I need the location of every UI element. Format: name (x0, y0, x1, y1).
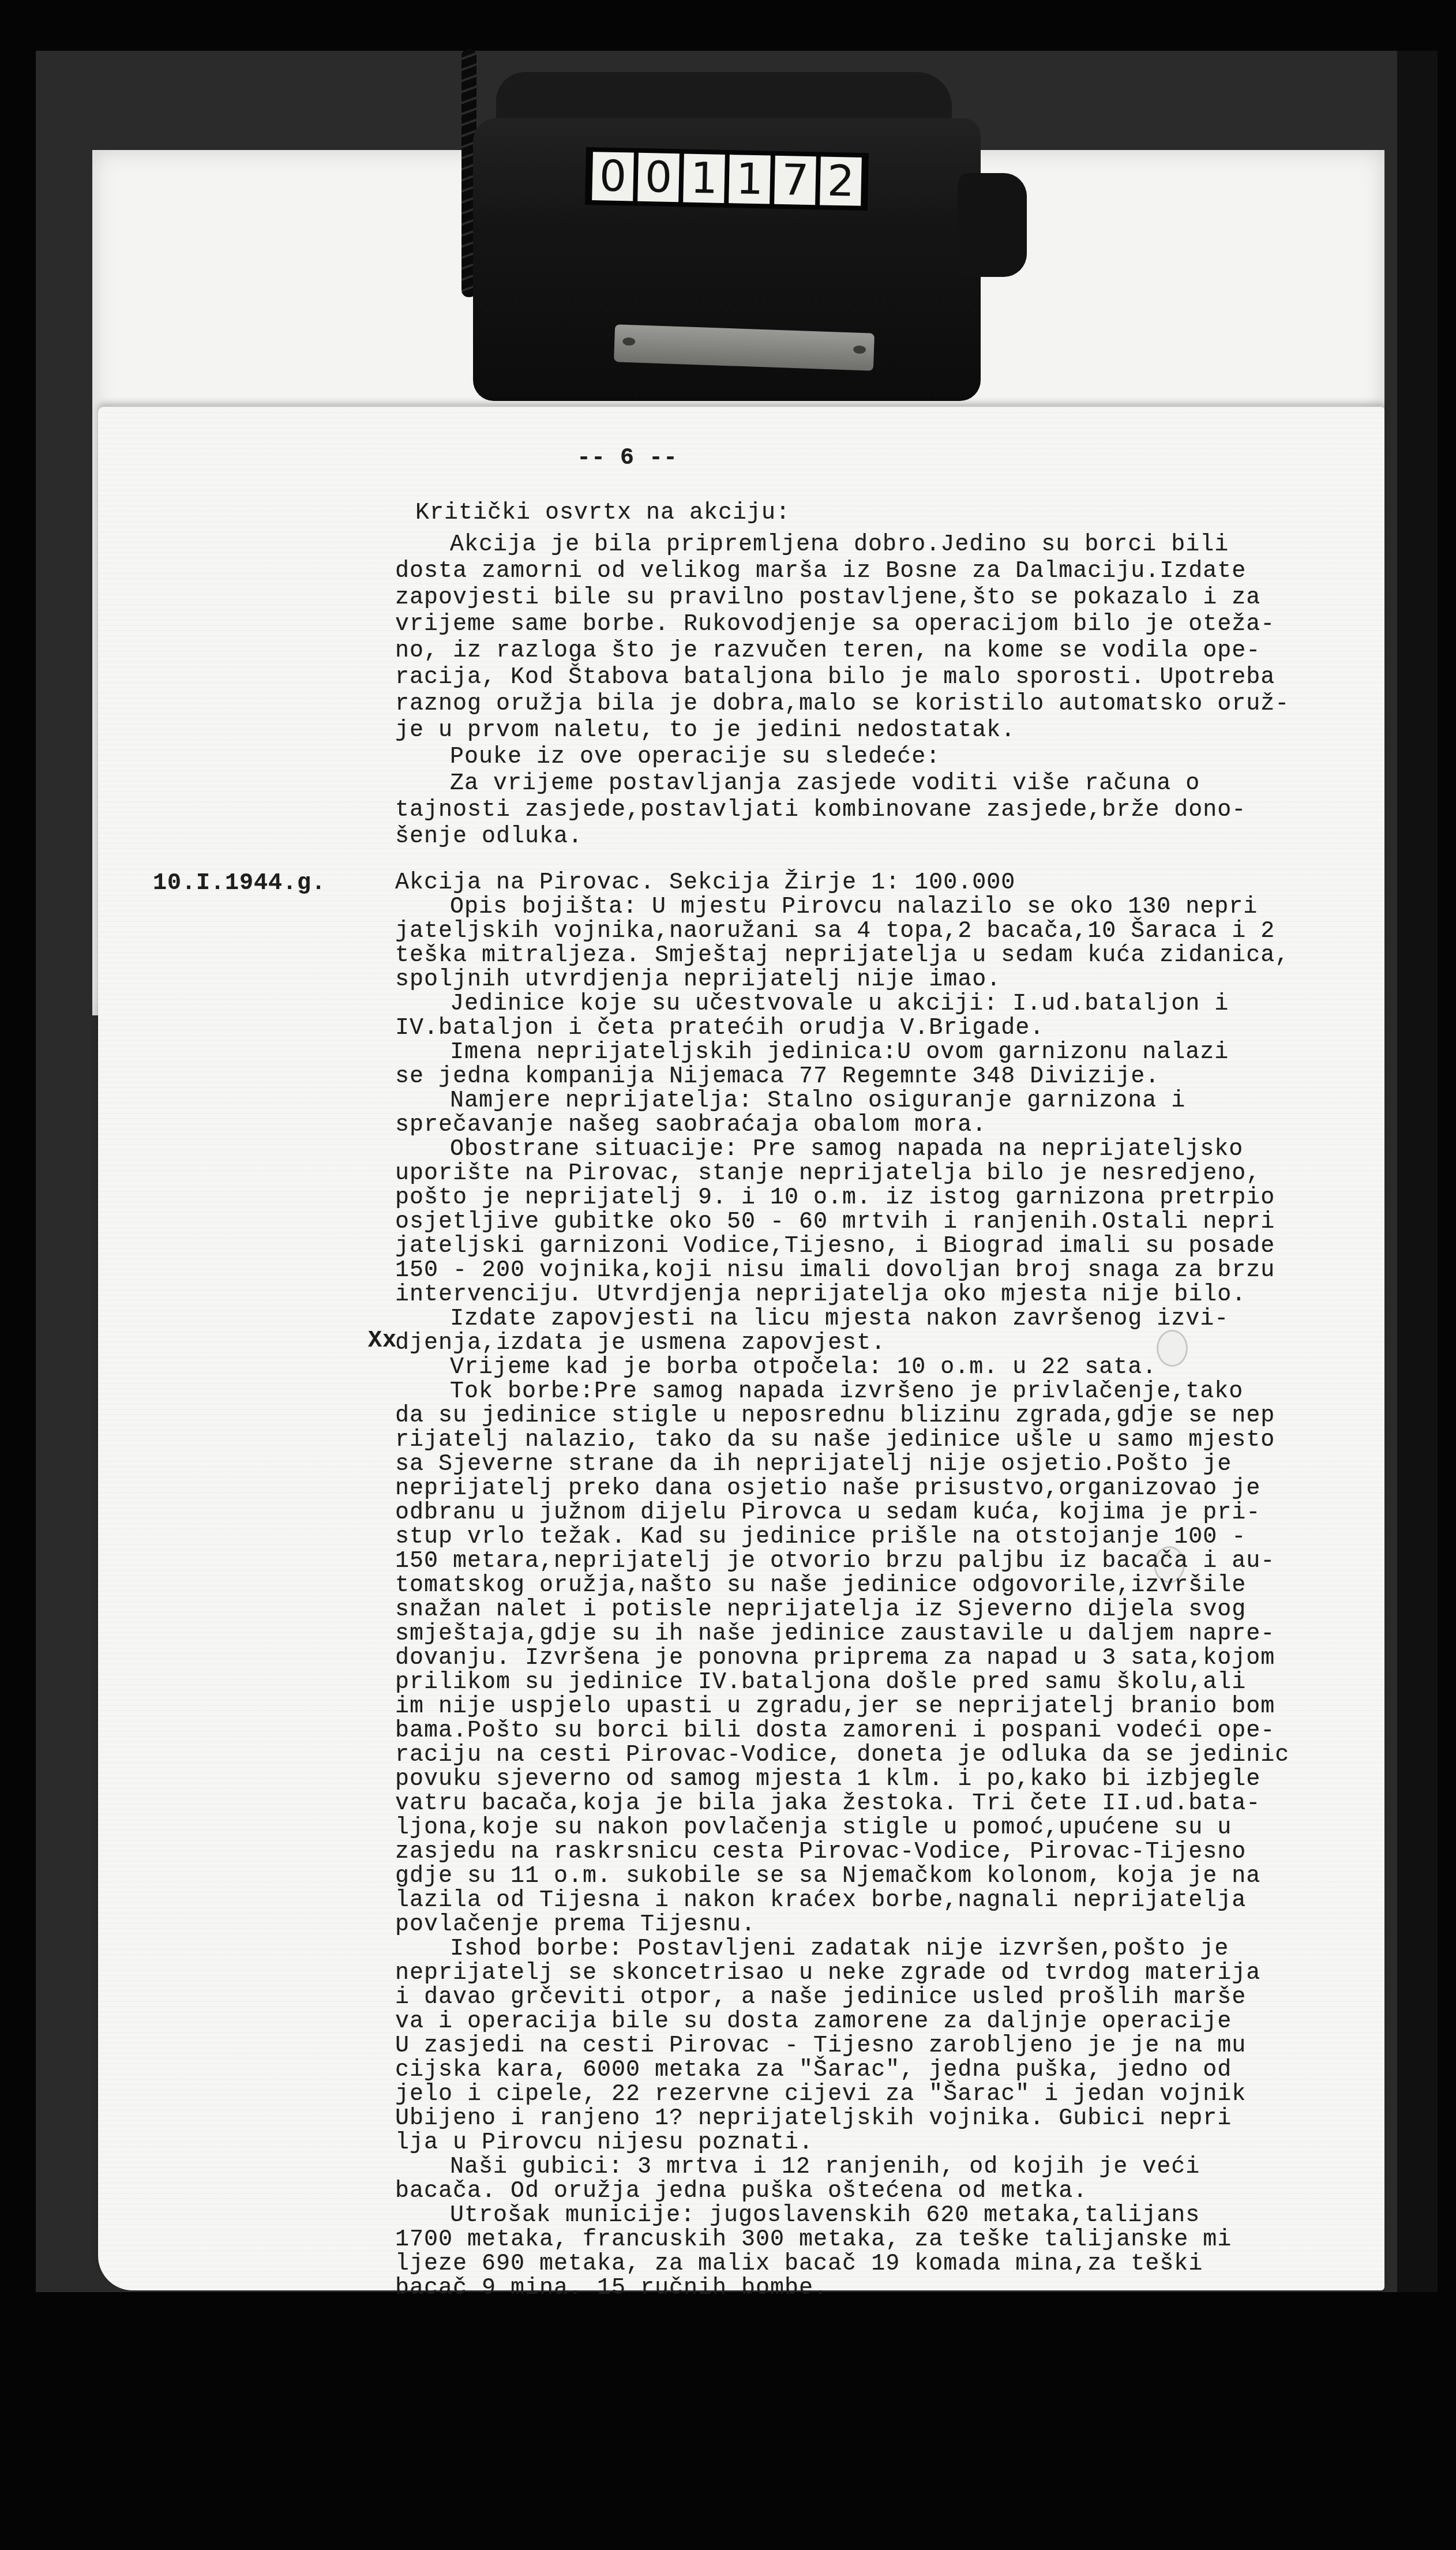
typed-line: Opis bojišta: U mjestu Pirovcu nalazilo … (395, 891, 1289, 915)
section-title: Kritički osvrtx na akciju: (415, 496, 790, 531)
typed-line: Obostrane situacije: Pre samog napada na… (395, 1133, 1289, 1157)
typed-line: jateljskih vojnika,naoružani sa 4 topa,2… (395, 915, 1289, 939)
typed-line: dovanju. Izvršena je ponovna priprema za… (395, 1642, 1289, 1666)
counter-digit: 7 (774, 156, 816, 205)
typed-line: ljona,koje su nakon povlačenja stigle u … (395, 1812, 1289, 1836)
critique-paragraphs: Akcija je bila pripremljena dobro.Jedino… (395, 528, 1289, 846)
typed-line: Namjere neprijatelja: Stalno osiguranje … (395, 1085, 1289, 1109)
typed-line: 150 metara,neprijatelj je otvorio brzu p… (395, 1545, 1289, 1569)
typed-line: racija, Kod Štabova bataljona bilo je ma… (395, 661, 1289, 687)
typed-line: im nije uspjelo upasti u zgradu,jer se n… (395, 1690, 1289, 1715)
typed-line: jateljski garnizoni Vodice,Tijesno, i Bi… (395, 1230, 1289, 1254)
entry-date: 10.I.1944.g. (153, 867, 326, 901)
typed-line: Jedinice koje su učestvovale u akciji: I… (395, 988, 1289, 1012)
typed-line: Ishod borbe: Postavljeni zadatak nije iz… (395, 1933, 1289, 1957)
typed-line: raciju na cesti Pirovac-Vodice, doneta j… (395, 1739, 1289, 1763)
action-report-body: Akcija na Pirovac. Sekcija Žirje 1: 100.… (395, 867, 1289, 2296)
typed-line: sa Sjeverne strane da ih neprijatelj nij… (395, 1448, 1289, 1472)
typed-line: no, iz razloga što je razvučen teren, na… (395, 634, 1289, 661)
typed-line: Ubijeno i ranjeno 1? neprijateljskih voj… (395, 2102, 1289, 2127)
typed-line: U zasjedi na cesti Pirovac - Tijesno zar… (395, 2030, 1289, 2054)
typed-line: tomatskog oružja,našto su naše jedinice … (395, 1569, 1289, 1593)
counter-digit: 2 (820, 156, 862, 205)
typed-line: Za vrijeme postavljanja zasjede voditi v… (395, 767, 1289, 793)
typed-line: zasjedu na raskrsnicu cesta Pirovac-Vodi… (395, 1836, 1289, 1860)
frame-counter-device: 0 0 1 1 7 2 (473, 49, 1027, 401)
typed-line: uporište na Pirovac, stanje neprijatelja… (395, 1157, 1289, 1182)
typed-line: stup vrlo težak. Kad su jedinice prišle … (395, 1521, 1289, 1545)
typed-line: odbranu u južnom dijelu Pirovca u sedam … (395, 1497, 1289, 1521)
typed-line: je u prvom naletu, to je jedini nedostat… (395, 714, 1289, 740)
typed-line: Akcija je bila pripremljena dobro.Jedino… (395, 528, 1289, 554)
typed-line: bama.Pošto su borci bili dosta zamoreni … (395, 1715, 1289, 1739)
typed-line: Imena neprijateljskih jedinica:U ovom ga… (395, 1036, 1289, 1060)
counter-digit: 0 (637, 153, 680, 202)
typed-line: Naši gubici: 3 mrtva i 12 ranjenih, od k… (395, 2151, 1289, 2175)
typed-line: gdje su 11 o.m. sukobile se sa Njemačkom… (395, 1860, 1289, 1884)
typed-line: povuku sjeverno od samog mjesta 1 klm. i… (395, 1763, 1289, 1787)
typed-line: Vrijeme kad je borba otpočela: 10 o.m. u… (395, 1351, 1289, 1375)
typed-line: vatru bacača,koja je bila jaka žestoka. … (395, 1787, 1289, 1812)
typed-line: šenje odluka. (395, 820, 1289, 846)
typed-line: osjetljive gubitke oko 50 - 60 mrtvih i … (395, 1206, 1289, 1230)
typed-line: Pouke iz ove operacije su sledeće: (395, 740, 1289, 767)
typed-line: va i operacija bile su dosta zamorene za… (395, 2005, 1289, 2030)
typed-line: i davao grčeviti otpor, a naše jedinice … (395, 1981, 1289, 2005)
typed-line: Akcija na Pirovac. Sekcija Žirje 1: 100.… (395, 867, 1289, 891)
typed-line: se jedna kompanija Nijemaca 77 Regemnte … (395, 1060, 1289, 1085)
typed-line: Tok borbe:Pre samog napada izvršeno je p… (395, 1375, 1289, 1400)
typed-line: raznog oružja bila je dobra,malo se kori… (395, 687, 1289, 714)
margin-annotation: Xx (368, 1324, 397, 1359)
typed-line: jelo i cipele, 22 rezervne cijevi za "Ša… (395, 2078, 1289, 2102)
typed-line: Utrošak municije: jugoslavenskih 620 met… (395, 2199, 1289, 2223)
typed-line: rijatelj nalazio, tako da su naše jedini… (395, 1424, 1289, 1448)
typed-line: intervenciju. Utvrdjenja neprijatelja ok… (395, 1278, 1289, 1303)
page-number: -- 6 -- (577, 441, 678, 476)
counter-digit: 1 (729, 155, 771, 204)
typed-line: zapovjesti bile su pravilno postavljene,… (395, 581, 1289, 607)
counter-digit: 0 (592, 152, 634, 201)
typed-line: neprijatelj se skoncetrisao u neke zgrad… (395, 1957, 1289, 1981)
counter-digit: 1 (683, 153, 725, 202)
typed-line: vrijeme same borbe. Rukovodjenje sa oper… (395, 607, 1289, 634)
typed-line: snažan nalet i potisle neprijatelja iz S… (395, 1593, 1289, 1618)
typed-line: Izdate zapovjesti na licu mjesta nakon z… (395, 1303, 1289, 1327)
typed-line: teška mitraljeza. Smještaj neprijatelja … (395, 939, 1289, 963)
typed-line: pošto je neprijatelj 9. i 10 o.m. iz ist… (395, 1182, 1289, 1206)
typed-line: ljeze 690 metaka, za malix bacač 19 koma… (395, 2248, 1289, 2272)
counter-readout: 0 0 1 1 7 2 (585, 147, 869, 211)
typed-line: 1700 metaka, francuskih 300 metaka, za t… (395, 2223, 1289, 2248)
typed-line: da su jedinice stigle u neposrednu blizi… (395, 1400, 1289, 1424)
typed-line: lazila od Tijesna i nakon kraćex borbe,n… (395, 1884, 1289, 1908)
typed-line: dosta zamorni od velikog marša iz Bosne … (395, 554, 1289, 581)
typed-line: smještaja,gdje su ih naše jedinice zaust… (395, 1618, 1289, 1642)
typed-line: tajnosti zasjede,postavljati kombinovane… (395, 793, 1289, 820)
typed-line: neprijatelj preko dana osjetio naše pris… (395, 1472, 1289, 1497)
typed-line: prilikom su jedinice IV.bataljona došle … (395, 1666, 1289, 1690)
counter-reset-knob (958, 173, 1027, 277)
typed-line: cijska kara, 6000 metaka za "Šarac", jed… (395, 2054, 1289, 2078)
typed-line: 150 - 200 vojnika,koji nisu imali dovolj… (395, 1254, 1289, 1278)
